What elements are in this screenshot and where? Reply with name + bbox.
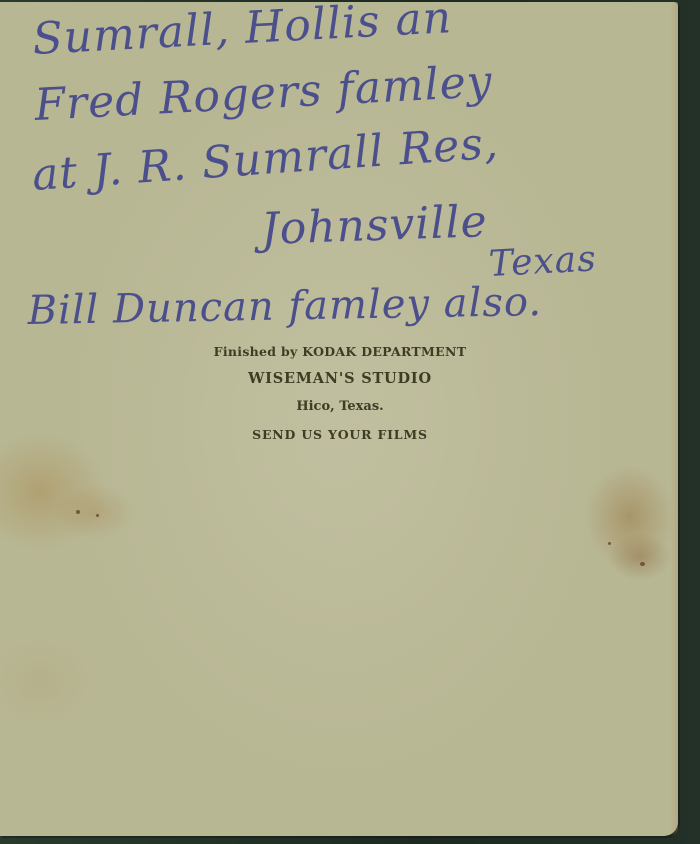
stain-speck [608,542,611,545]
photo-card-back: Sumrall, Hollis an Fred Rogers famley at… [0,2,678,836]
handwriting-line-6: Bill Duncan famley also. [27,279,542,334]
stain-speck [640,562,645,566]
stamp-kodak-line: Finished by KODAK DEPARTMENT [180,344,500,360]
handwriting-line-2: Fred Rogers famley [33,56,493,131]
stain-speck [76,510,80,514]
stamp-studio-name: WISEMAN'S STUDIO [180,371,500,387]
handwriting-line-3: at J. R. Sumrall Res, [30,118,500,201]
handwriting-line-4: Johnsville [260,196,488,255]
stain-speck [96,514,99,517]
stamp-slogan: SEND US YOUR FILMS [180,427,500,443]
handwriting-line-1: Sumrall, Hollis an [31,0,453,65]
studio-stamp: Finished by KODAK DEPARTMENT WISEMAN'S S… [180,340,500,443]
handwriting-line-5: Texas [488,238,598,285]
card-edge-discoloration [670,2,678,836]
stamp-location: Hico, Texas. [180,399,500,415]
